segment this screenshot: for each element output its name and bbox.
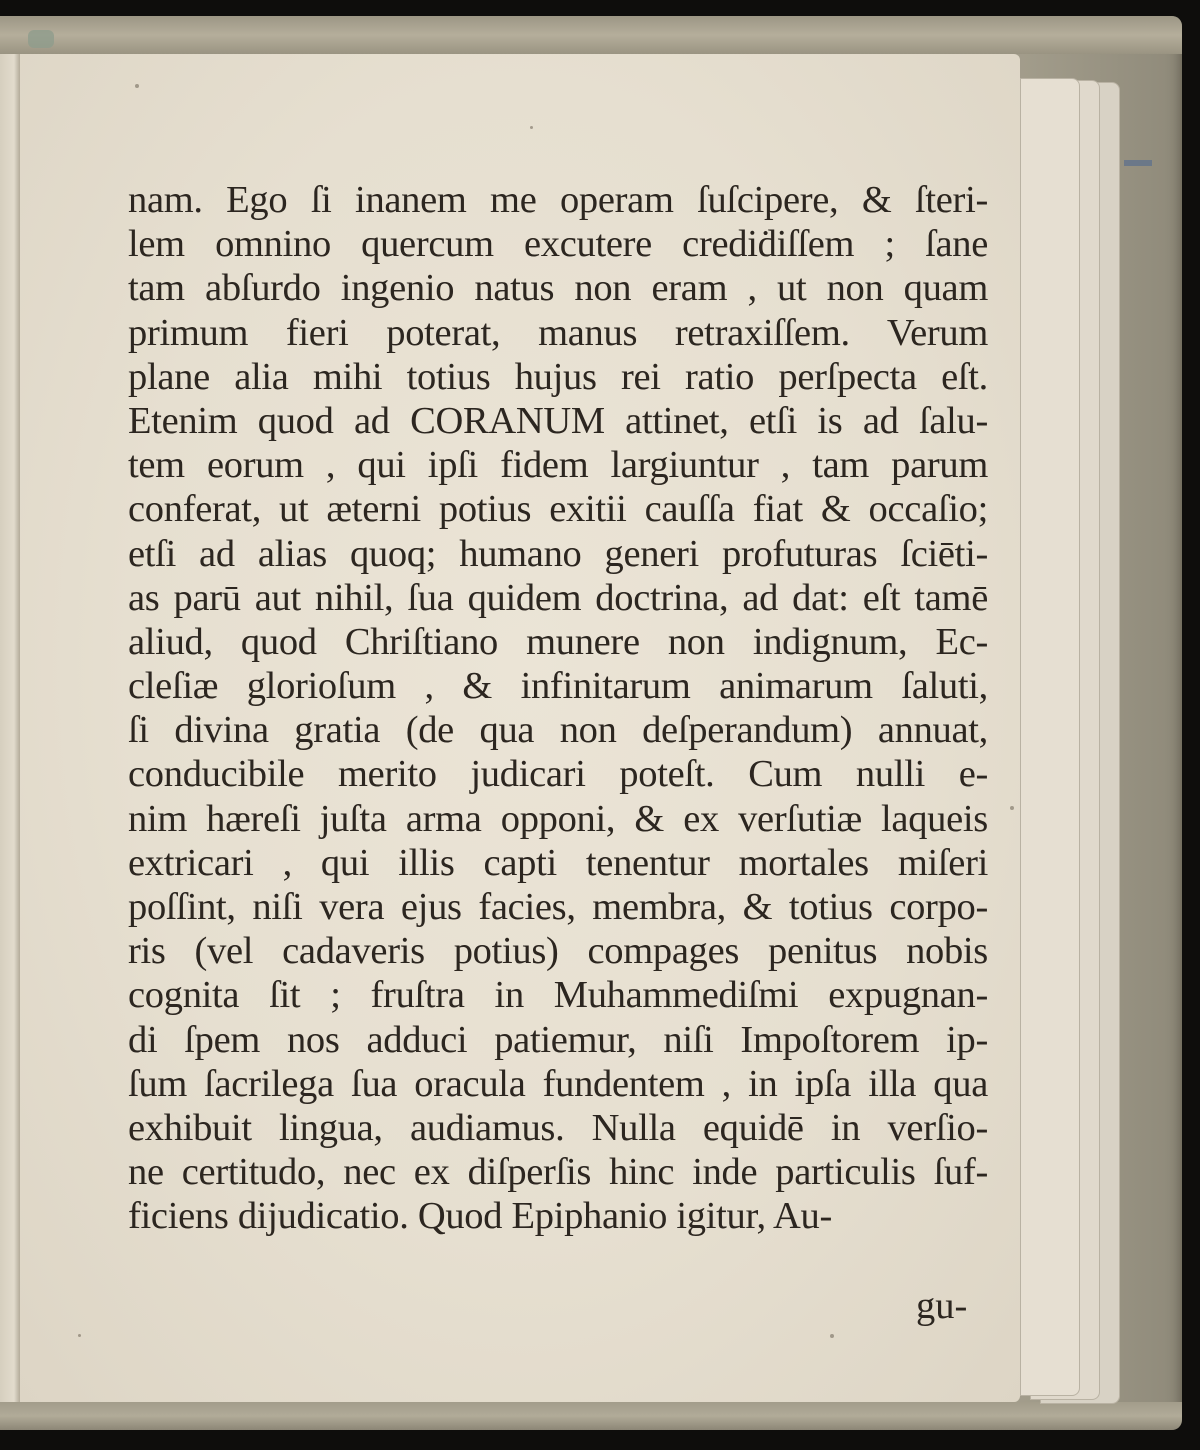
text-line: ficiens dijudicatio. Quod Epiphanio igit… [128, 1194, 988, 1238]
binding-blue-mark [1124, 160, 1152, 166]
text-line: nam. Ego ſi inanem me operam ſuſcipere, … [128, 178, 988, 222]
text-line: ris (vel cadaveris potius) compages peni… [128, 929, 988, 973]
paper-speck [1010, 806, 1014, 810]
text-line: conducibile merito judicari poteſt. Cum … [128, 752, 988, 796]
text-line: ſi divina gratia (de qua non deſperandum… [128, 708, 988, 752]
text-line: exhibuit lingua, audiamus. Nulla equidē … [128, 1106, 988, 1150]
page-edge [1020, 78, 1080, 1396]
text-line: di ſpem nos adduci patiemur, niſi Impoſt… [128, 1018, 988, 1062]
text-line: etſi ad alias quoq; humano generi profut… [128, 532, 988, 576]
paper-speck [830, 1334, 834, 1338]
text-line: tam abſurdo ingenio natus non eram , ut … [128, 266, 988, 310]
text-line: plane alia mihi totius hujus rei ratio p… [128, 355, 988, 399]
text-line: tem eorum , qui ipſi fidem largiuntur , … [128, 443, 988, 487]
body-text: nam. Ego ſi inanem me operam ſuſcipere, … [128, 178, 988, 1239]
binding-bottom-edge [0, 1402, 1182, 1430]
text-line: aliud, quod Chriſtiano munere non indign… [128, 620, 988, 664]
binding-stain [28, 30, 54, 48]
paper-speck [78, 1334, 81, 1337]
text-line: conferat, ut æterni potius exitii cauſſa… [128, 487, 988, 531]
text-line: nim hæreſi juſta arma opponi, & ex verſu… [128, 797, 988, 841]
text-line: ſum ſacrilega ſua oracula fundentem , in… [128, 1062, 988, 1106]
text-line: lem omnino quercum excutere crediḋiſſem … [128, 222, 988, 266]
paper-speck [530, 126, 533, 129]
text-line: cognita ſit ; fruſtra in Muhammediſmi ex… [128, 973, 988, 1017]
text-line: primum fieri poterat, manus retraxiſſem.… [128, 311, 988, 355]
text-line: extricari , qui illis capti tenentur mor… [128, 841, 988, 885]
catchword: gu- [916, 1284, 967, 1328]
binding-top-edge [0, 16, 1182, 54]
page-gutter [0, 54, 21, 1402]
paper-speck [135, 84, 139, 88]
text-line: poſſint, niſi vera ejus facies, membra, … [128, 885, 988, 929]
text-line: ne certitudo, nec ex diſperſis hinc inde… [128, 1150, 988, 1194]
text-line: cleſiæ glorioſum , & infinitarum animaru… [128, 664, 988, 708]
text-line: as parū aut nihil, ſua quidem doctrina, … [128, 576, 988, 620]
text-line: Etenim quod ad CORANUM attinet, etſi is … [128, 399, 988, 443]
